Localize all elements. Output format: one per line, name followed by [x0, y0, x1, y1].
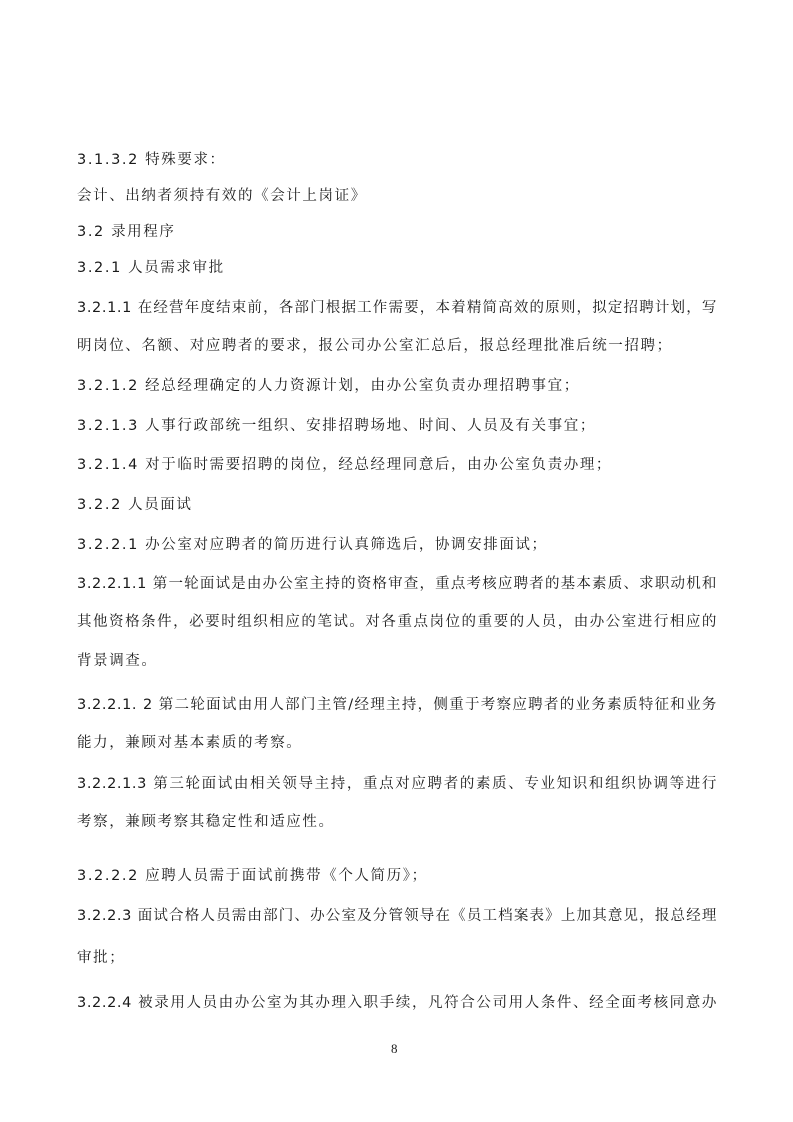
document-page: 3.1.3.2 特殊要求：会计、出纳者须持有效的《会计上岗证》3.2 录用程序3… — [0, 0, 793, 1122]
text-line: 3.2.2.2 应聘人员需于面试前携带《个人简历》； — [77, 866, 717, 886]
text-line: 明岗位、名额、对应聘者的要求，报公司办公室汇总后，报总经理批准后统一招聘； — [77, 336, 717, 356]
text-line: 3.2.2.4 被录用人员由办公室为其办理入职手续，凡符合公司用人条件、经全面考… — [77, 993, 717, 1013]
text-line: 能力，兼顾对基本素质的考察。 — [77, 733, 717, 753]
text-line: 3.2.2.1.3 第三轮面试由相关领导主持，重点对应聘者的素质、专业知识和组织… — [77, 774, 717, 794]
text-line: 会计、出纳者须持有效的《会计上岗证》 — [77, 186, 717, 206]
text-line: 3.2.2.1 办公室对应聘者的简历进行认真筛选后，协调安排面试； — [77, 535, 717, 555]
text-line: 3.2.1.4 对于临时需要招聘的岗位，经总经理同意后，由办公室负责办理； — [77, 455, 717, 475]
text-line: 3.2.2.1.1 第一轮面试是由办公室主持的资格审查，重点考核应聘者的基本素质… — [77, 574, 717, 594]
text-line: 3.2.1.1 在经营年度结束前，各部门根据工作需要，本着精简高效的原则，拟定招… — [77, 298, 717, 318]
text-line: 3.2.1.2 经总经理确定的人力资源计划，由办公室负责办理招聘事宜； — [77, 376, 717, 396]
text-line: 3.2.2 人员面试 — [77, 495, 717, 515]
text-line: 审批； — [77, 948, 717, 968]
text-line: 3.2.2.1. 2 第二轮面试由用人部门主管/经理主持，侧重于考察应聘者的业务… — [77, 695, 717, 715]
text-line: 背景调查。 — [77, 651, 717, 671]
text-line: 其他资格条件，必要时组织相应的笔试。对各重点岗位的重要的人员，由办公室进行相应的 — [77, 612, 717, 632]
page-number: 8 — [391, 1041, 398, 1057]
text-line: 3.2.2.3 面试合格人员需由部门、办公室及分管领导在《员工档案表》上加其意见… — [77, 906, 717, 926]
text-line: 3.2 录用程序 — [77, 222, 717, 242]
text-line: 3.2.1.3 人事行政部统一组织、安排招聘场地、时间、人员及有关事宜； — [77, 416, 717, 436]
text-line: 考察，兼顾考察其稳定性和适应性。 — [77, 812, 717, 832]
text-line: 3.2.1 人员需求审批 — [77, 258, 717, 278]
text-line: 3.1.3.2 特殊要求： — [77, 150, 717, 170]
